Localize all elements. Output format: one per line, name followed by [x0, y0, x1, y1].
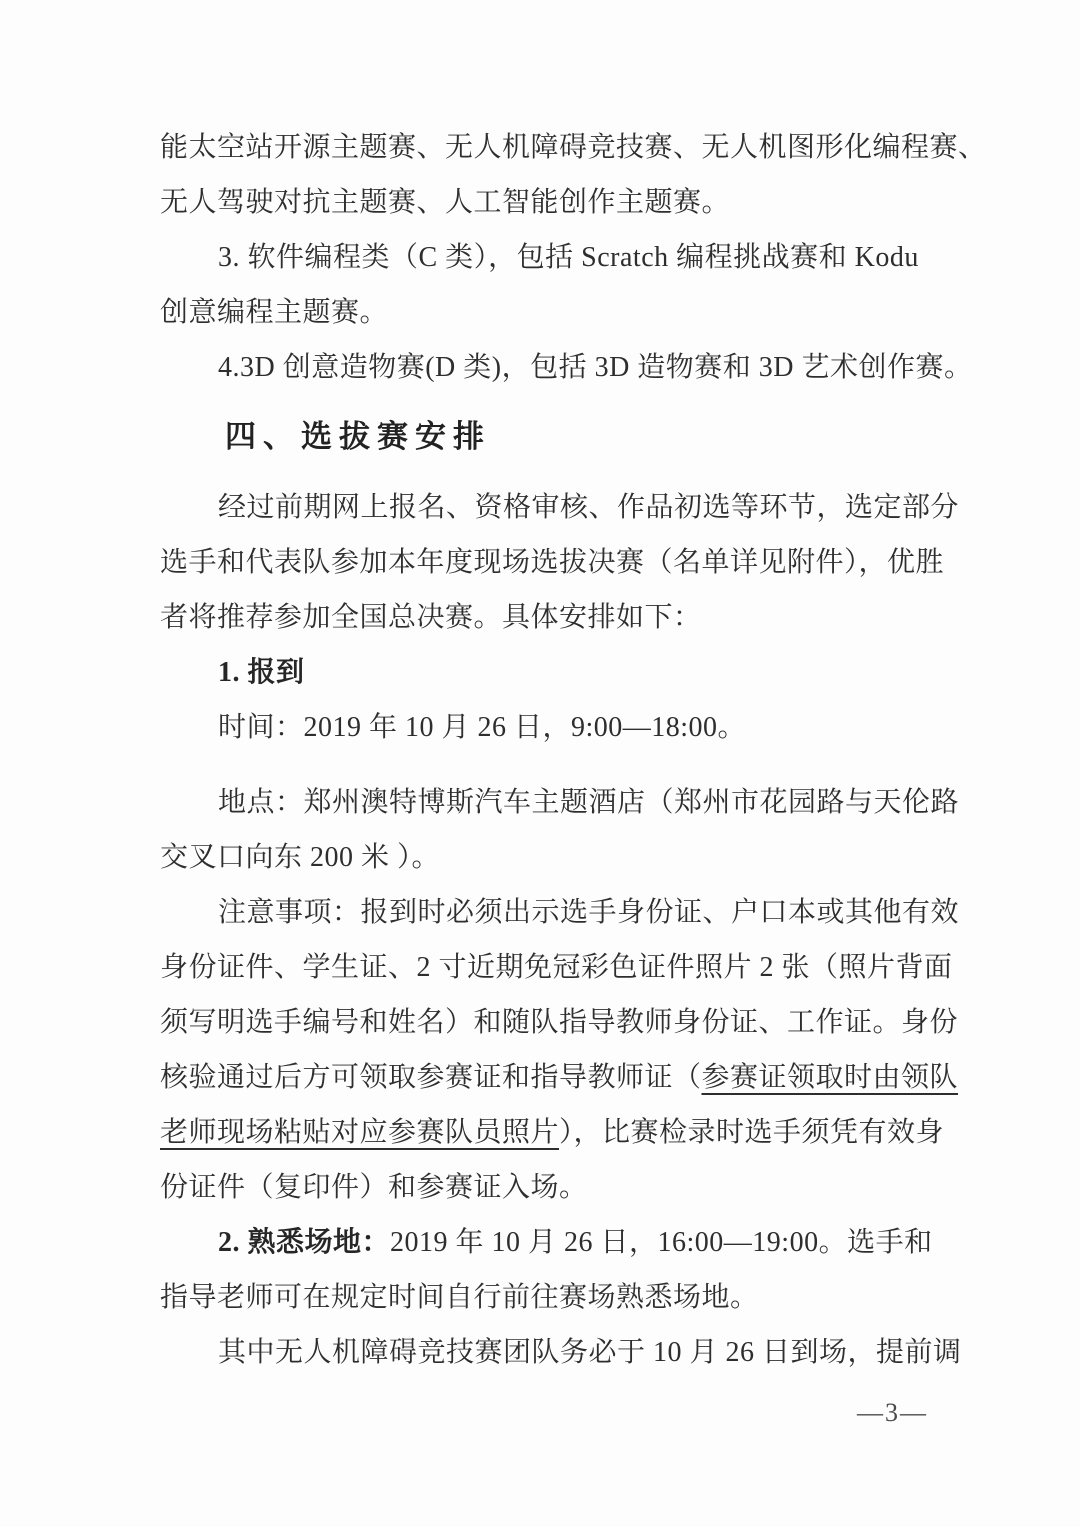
paragraph: 能太空站开源主题赛、无人机障碍竞技赛、无人机图形化编程赛、无人驾驶对抗主题赛、人… [160, 120, 940, 230]
text-line: 身份证件、学生证、2 寸近期免冠彩色证件照片 2 张（照片背面 [160, 940, 940, 995]
text-line: 注意事项：报到时必须出示选手身份证、户口本或其他有效 [160, 885, 940, 940]
text-segment: 2. 熟悉场地： [218, 1227, 390, 1258]
text-segment: ），比赛检录时选手须凭有效身 [559, 1117, 944, 1148]
text-segment: 时间：2019 年 10 月 26 日，9:00—18:00。 [218, 712, 746, 743]
text-segment: 指导老师可在规定时间自行前往赛场熟悉场地。 [160, 1282, 759, 1313]
text-line: 地点：郑州澳特博斯汽车主题酒店（郑州市花园路与天伦路 [160, 775, 940, 830]
text-line: 4.3D 创意造物赛(D 类)，包括 3D 造物赛和 3D 艺术创作赛。 [160, 340, 940, 395]
paragraph: 注意事项：报到时必须出示选手身份证、户口本或其他有效身份证件、学生证、2 寸近期… [160, 885, 940, 1215]
text-segment: 能太空站开源主题赛、无人机障碍竞技赛、无人机图形化编程赛、 [160, 132, 987, 163]
text-line: 其中无人机障碍竞技赛团队务必于 10 月 26 日到场，提前调 [160, 1325, 940, 1380]
sub-heading: 1. 报到 [160, 645, 940, 700]
text-line: 能太空站开源主题赛、无人机障碍竞技赛、无人机图形化编程赛、 [160, 120, 940, 175]
text-line: 2. 熟悉场地：2019 年 10 月 26 日，16:00—19:00。选手和 [160, 1215, 940, 1270]
paragraph: 4.3D 创意造物赛(D 类)，包括 3D 造物赛和 3D 艺术创作赛。 [160, 340, 940, 395]
text-line: 3. 软件编程类（C 类），包括 Scratch 编程挑战赛和 Kodu [160, 230, 940, 285]
text-segment: 份证件（复印件）和参赛证入场。 [160, 1172, 588, 1203]
underlined-text: 老师现场粘贴对应参赛队员照片 [160, 1117, 559, 1148]
text-segment: 4.3D 创意造物赛(D 类)，包括 3D 造物赛和 3D 艺术创作赛。 [218, 352, 973, 383]
text-segment: 其中无人机障碍竞技赛团队务必于 10 月 26 日到场，提前调 [218, 1337, 962, 1368]
text-line: 指导老师可在规定时间自行前往赛场熟悉场地。 [160, 1270, 940, 1325]
text-line: 经过前期网上报名、资格审核、作品初选等环节，选定部分 [160, 480, 940, 535]
document-body: 能太空站开源主题赛、无人机障碍竞技赛、无人机图形化编程赛、无人驾驶对抗主题赛、人… [160, 120, 940, 1380]
text-line: 交叉口向东 200 米 ）。 [160, 830, 940, 885]
text-segment: 交叉口向东 200 米 ）。 [160, 842, 440, 873]
document-page: 能太空站开源主题赛、无人机障碍竞技赛、无人机图形化编程赛、无人驾驶对抗主题赛、人… [0, 0, 1080, 1527]
text-line: 无人驾驶对抗主题赛、人工智能创作主题赛。 [160, 175, 940, 230]
underlined-text: 参赛证领取时由领队 [702, 1062, 959, 1093]
text-segment: 1. 报到 [218, 657, 305, 688]
text-segment: 经过前期网上报名、资格审核、作品初选等环节，选定部分 [218, 492, 959, 523]
text-segment: 须写明选手编号和姓名）和随队指导教师身份证、工作证。身份 [160, 1007, 958, 1038]
section-heading: 四、选拔赛安排 [160, 409, 940, 464]
text-segment: 核验通过后方可领取参赛证和指导教师证（ [160, 1062, 702, 1093]
paragraph: 时间：2019 年 10 月 26 日，9:00—18:00。 [160, 700, 940, 755]
text-segment: 2019 年 10 月 26 日，16:00—19:00。选手和 [390, 1227, 933, 1258]
text-line: 创意编程主题赛。 [160, 285, 940, 340]
paragraph: 2. 熟悉场地：2019 年 10 月 26 日，16:00—19:00。选手和… [160, 1215, 940, 1325]
text-segment: 3. 软件编程类（C 类），包括 Scratch 编程挑战赛和 Kodu [218, 242, 919, 273]
text-line: 须写明选手编号和姓名）和随队指导教师身份证、工作证。身份 [160, 995, 940, 1050]
text-line: 四、选拔赛安排 [160, 409, 940, 464]
text-line: 份证件（复印件）和参赛证入场。 [160, 1160, 940, 1215]
text-line: 老师现场粘贴对应参赛队员照片），比赛检录时选手须凭有效身 [160, 1105, 940, 1160]
paragraph: 地点：郑州澳特博斯汽车主题酒店（郑州市花园路与天伦路交叉口向东 200 米 ）。 [160, 775, 940, 885]
text-segment: 地点：郑州澳特博斯汽车主题酒店（郑州市花园路与天伦路 [218, 787, 959, 818]
page-number: —3— [857, 1398, 928, 1428]
text-line: 者将推荐参加全国总决赛。具体安排如下： [160, 590, 940, 645]
text-segment: 注意事项：报到时必须出示选手身份证、户口本或其他有效 [218, 897, 959, 928]
text-line: 核验通过后方可领取参赛证和指导教师证（参赛证领取时由领队 [160, 1050, 940, 1105]
text-segment: 无人驾驶对抗主题赛、人工智能创作主题赛。 [160, 187, 730, 218]
paragraph: 经过前期网上报名、资格审核、作品初选等环节，选定部分选手和代表队参加本年度现场选… [160, 480, 940, 645]
text-segment: 四、选拔赛安排 [225, 419, 491, 454]
text-segment: 者将推荐参加全国总决赛。具体安排如下： [160, 602, 702, 633]
paragraph: 3. 软件编程类（C 类），包括 Scratch 编程挑战赛和 Kodu创意编程… [160, 230, 940, 340]
text-segment: 身份证件、学生证、2 寸近期免冠彩色证件照片 2 张（照片背面 [160, 952, 953, 983]
text-line: 1. 报到 [160, 645, 940, 700]
paragraph: 其中无人机障碍竞技赛团队务必于 10 月 26 日到场，提前调 [160, 1325, 940, 1380]
text-segment: 创意编程主题赛。 [160, 297, 388, 328]
text-segment: 选手和代表队参加本年度现场选拔决赛（名单详见附件），优胜 [160, 547, 944, 578]
text-line: 选手和代表队参加本年度现场选拔决赛（名单详见附件），优胜 [160, 535, 940, 590]
text-line: 时间：2019 年 10 月 26 日，9:00—18:00。 [160, 700, 940, 755]
